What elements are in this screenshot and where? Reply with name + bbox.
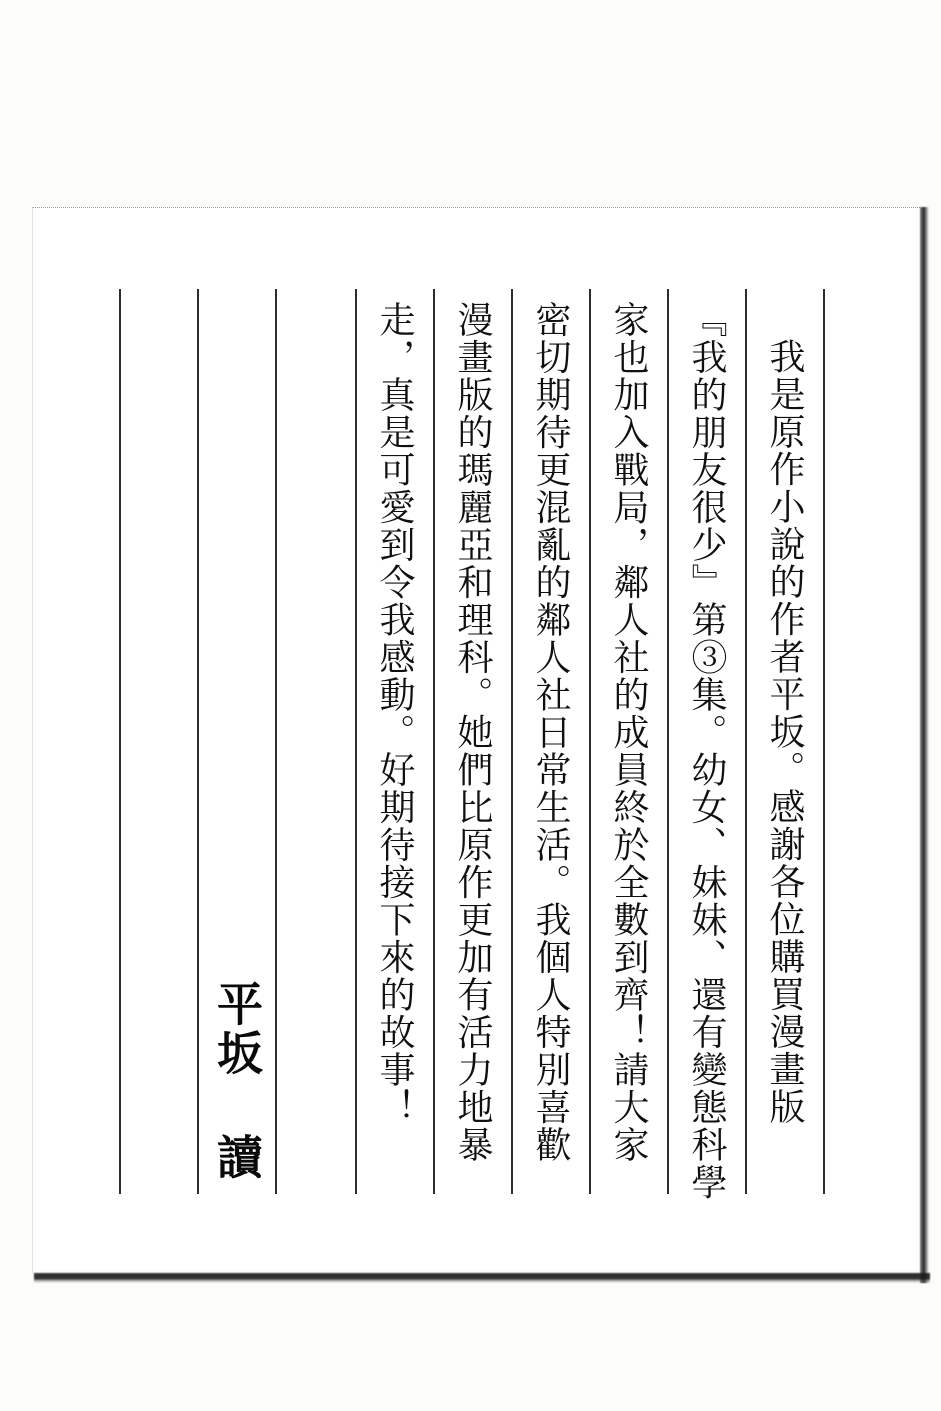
text-column-2: 『我的朋友很少』第③集。幼女、妹妹、還有變態科學 (667, 289, 745, 1194)
afterword-page: 平坂 讀 走，真是可愛到令我感動。好期待接下來的故事！ 漫畫版的瑪麗亞和理科。她… (32, 207, 920, 1273)
text-line: 漫畫版的瑪麗亞和理科。她們比原作更加有活力地暴 (453, 301, 494, 1164)
signature-column: 平坂 讀 (197, 289, 275, 1194)
scan-viewport: 平坂 讀 走，真是可愛到令我感動。好期待接下來的故事！ 漫畫版的瑪麗亞和理科。她… (0, 0, 941, 1411)
text-line: 密切期待更混亂的鄰人社日常生活。我個人特別喜歡 (531, 301, 572, 1164)
empty-column-left (119, 289, 197, 1194)
text-column-1: 我是原作小說的作者平坂。感謝各位購買漫畫版 (745, 289, 823, 1194)
left-margin-column (33, 289, 119, 1194)
right-margin-column (823, 289, 920, 1194)
text-column-3: 家也加入戰局，鄰人社的成員終於全數到齊！請大家 (589, 289, 667, 1194)
author-signature: 平坂 讀 (204, 980, 270, 1182)
ruled-text-band: 平坂 讀 走，真是可愛到令我感動。好期待接下來的故事！ 漫畫版的瑪麗亞和理科。她… (33, 289, 920, 1194)
text-column-4: 密切期待更混亂的鄰人社日常生活。我個人特別喜歡 (511, 289, 589, 1194)
page-edge-shadow-right (920, 207, 929, 1283)
empty-column-mid (275, 289, 355, 1194)
text-line: 我是原作小說的作者平坂。感謝各位購買漫畫版 (765, 338, 806, 1126)
page-edge-shadow-bottom (34, 1273, 930, 1283)
text-column-5: 漫畫版的瑪麗亞和理科。她們比原作更加有活力地暴 (433, 289, 511, 1194)
text-line: 走，真是可愛到令我感動。好期待接下來的故事！ (375, 301, 416, 1126)
text-line: 家也加入戰局，鄰人社的成員終於全數到齊！請大家 (609, 301, 650, 1164)
text-column-6: 走，真是可愛到令我感動。好期待接下來的故事！ (355, 289, 433, 1194)
text-line: 『我的朋友很少』第③集。幼女、妹妹、還有變態科學 (687, 301, 728, 1201)
